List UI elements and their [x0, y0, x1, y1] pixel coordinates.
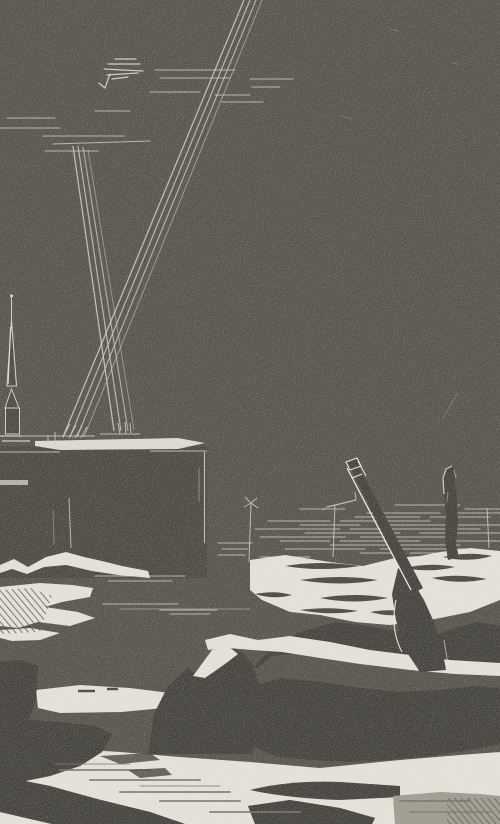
woodcut-canvas — [0, 0, 500, 824]
paper-grain-texture — [0, 0, 500, 824]
woodcut-illustration — [0, 0, 500, 824]
